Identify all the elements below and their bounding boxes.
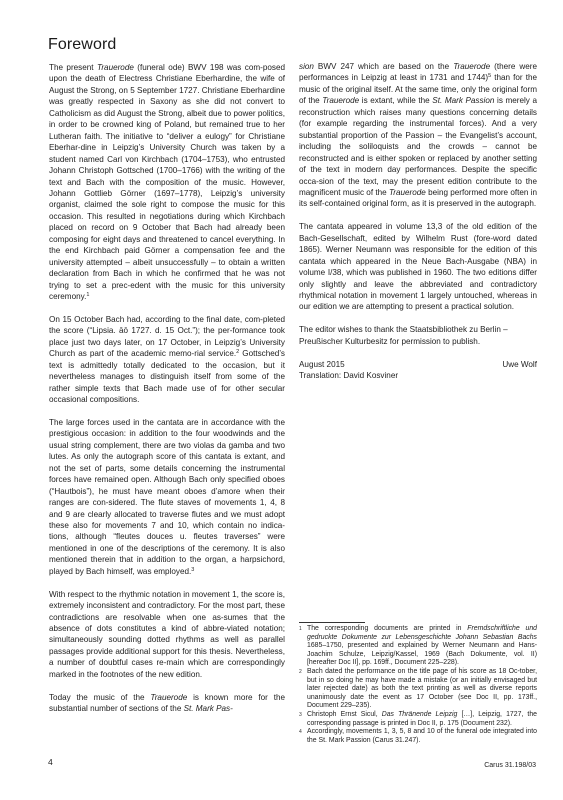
text: The present	[49, 63, 97, 72]
footnote-ref: 2	[236, 349, 239, 355]
paragraph-editions: The cantata appeared in volume 13,3 of t…	[299, 221, 537, 313]
text: The editor wishes to thank the Staatsbib…	[299, 325, 508, 345]
signature-author: Uwe Wolf	[502, 359, 537, 370]
text: The corresponding documents are printed …	[307, 625, 467, 632]
footnote-1: 1 The corresponding documents are printe…	[299, 625, 537, 668]
page-number: 4	[48, 757, 53, 767]
italic-work-title: St. Mark Passion	[432, 96, 494, 105]
footnote-2: 2 Bach dated the performance on the titl…	[299, 668, 537, 711]
text: 1685–1750, presented and explained by We…	[307, 642, 537, 666]
paragraph-completion: On 15 October Bach had, according to the…	[49, 314, 285, 406]
italic-work-title: St. Mark Pas-	[184, 704, 233, 713]
footnote-number: 2	[299, 668, 307, 711]
footnote-text: Bach dated the performance on the title …	[307, 668, 537, 711]
footnote-number: 4	[299, 728, 307, 745]
footnote-divider	[299, 622, 365, 623]
text: BWV 247 which are based on the	[314, 62, 453, 71]
text: The cantata appeared in volume 13,3 of t…	[299, 222, 537, 311]
footnote-3: 3 Christoph Ernst Sicul, Das Thränende L…	[299, 711, 537, 728]
text: The large forces used in the cantata are…	[49, 418, 285, 576]
text: Christoph Ernst Sicul,	[307, 711, 382, 718]
signature-date: August 2015	[299, 359, 345, 370]
footnote-number: 3	[299, 711, 307, 728]
footnote-ref: 3	[191, 567, 194, 573]
paragraph-acknowledgement: The editor wishes to thank the Staatsbib…	[299, 324, 537, 347]
paragraph-passion: sion BWV 247 which are based on the Trau…	[299, 61, 537, 210]
left-column: The present Trauerode (funeral ode) BWV …	[49, 62, 285, 715]
footnote-text: Accordingly, movements 1, 3, 5, 8 and 10…	[307, 728, 537, 745]
paragraph-today: Today the music of the Trauerode is know…	[49, 692, 285, 715]
text: Today the music of the	[49, 693, 150, 702]
text: is extant, while the	[359, 96, 432, 105]
text: (funeral ode) BWV 198 was com-posed upon…	[49, 63, 285, 301]
page-title: Foreword	[48, 36, 116, 54]
footnotes: 1 The corresponding documents are printe…	[299, 625, 537, 745]
translation-credit: Translation: David Kosviner	[299, 370, 537, 381]
italic-work-title: sion	[299, 62, 314, 71]
footnote-ref: 5	[488, 73, 491, 79]
italic-work-title: Trauerode	[389, 188, 426, 197]
signature-row: August 2015 Uwe Wolf	[299, 359, 537, 370]
catalog-number: Carus 31.198/03	[484, 762, 536, 769]
italic-work-title: Trauerode	[97, 63, 134, 72]
footnote-ref: 1	[86, 292, 89, 298]
text: With respect to the rhythmic notation in…	[49, 590, 285, 679]
footnote-4: 4 Accordingly, movements 1, 3, 5, 8 and …	[299, 728, 537, 745]
footnote-number: 1	[299, 625, 307, 668]
footnote-text: Christoph Ernst Sicul, Das Thränende Lei…	[307, 711, 537, 728]
right-column: sion BWV 247 which are based on the Trau…	[299, 61, 537, 393]
italic-work-title: Trauerode	[150, 693, 187, 702]
footnote-text: The corresponding documents are printed …	[307, 625, 537, 668]
italic-work-title: Trauerode	[322, 96, 359, 105]
paragraph-intro: The present Trauerode (funeral ode) BWV …	[49, 62, 285, 303]
italic-work-title: Trauerode	[453, 62, 490, 71]
italic-work-title: Das Thränende Leipzig	[382, 711, 458, 718]
text: is merely a reconstruction which raises …	[299, 96, 537, 197]
paragraph-rhythm: With respect to the rhythmic notation in…	[49, 589, 285, 681]
paragraph-forces: The large forces used in the cantata are…	[49, 417, 285, 577]
